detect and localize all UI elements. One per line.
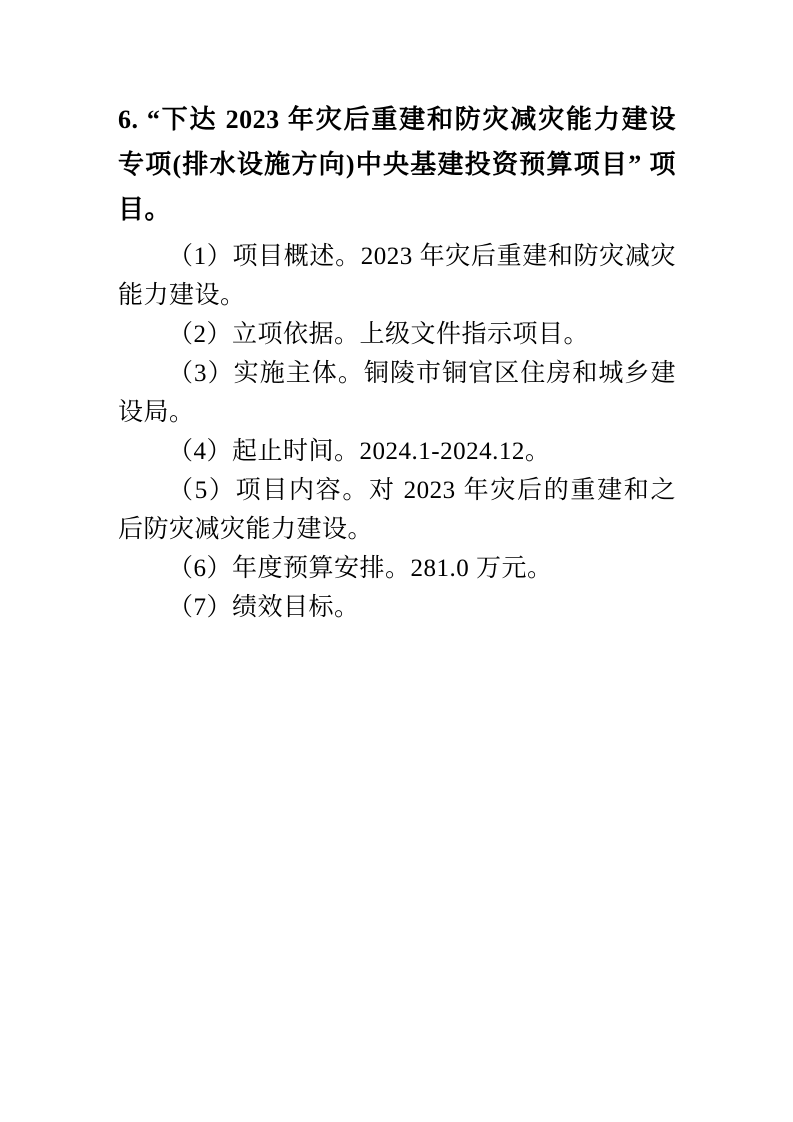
paragraph-project-overview: （1）项目概述。2023 年灾后重建和防灾减灾能力建设。 xyxy=(118,237,676,315)
section-heading: 6. “下达 2023 年灾后重建和防灾减灾能力建设专项(排水设施方向)中央基建… xyxy=(118,97,676,232)
document-content: 6. “下达 2023 年灾后重建和防灾减灾能力建设专项(排水设施方向)中央基建… xyxy=(118,97,676,627)
paragraph-implementing-body: （3）实施主体。铜陵市铜官区住房和城乡建设局。 xyxy=(118,354,676,432)
paragraph-project-content: （5）项目内容。对 2023 年灾后的重建和之后防灾减灾能力建设。 xyxy=(118,471,676,549)
paragraph-project-basis: （2）立项依据。上级文件指示项目。 xyxy=(118,315,676,354)
paragraph-performance-target: （7）绩效目标。 xyxy=(118,588,676,627)
paragraph-annual-budget: （6）年度预算安排。281.0 万元。 xyxy=(118,549,676,588)
paragraph-time-range: （4）起止时间。2024.1-2024.12。 xyxy=(118,432,676,471)
document-page: 6. “下达 2023 年灾后重建和防灾减灾能力建设专项(排水设施方向)中央基建… xyxy=(0,0,793,1122)
